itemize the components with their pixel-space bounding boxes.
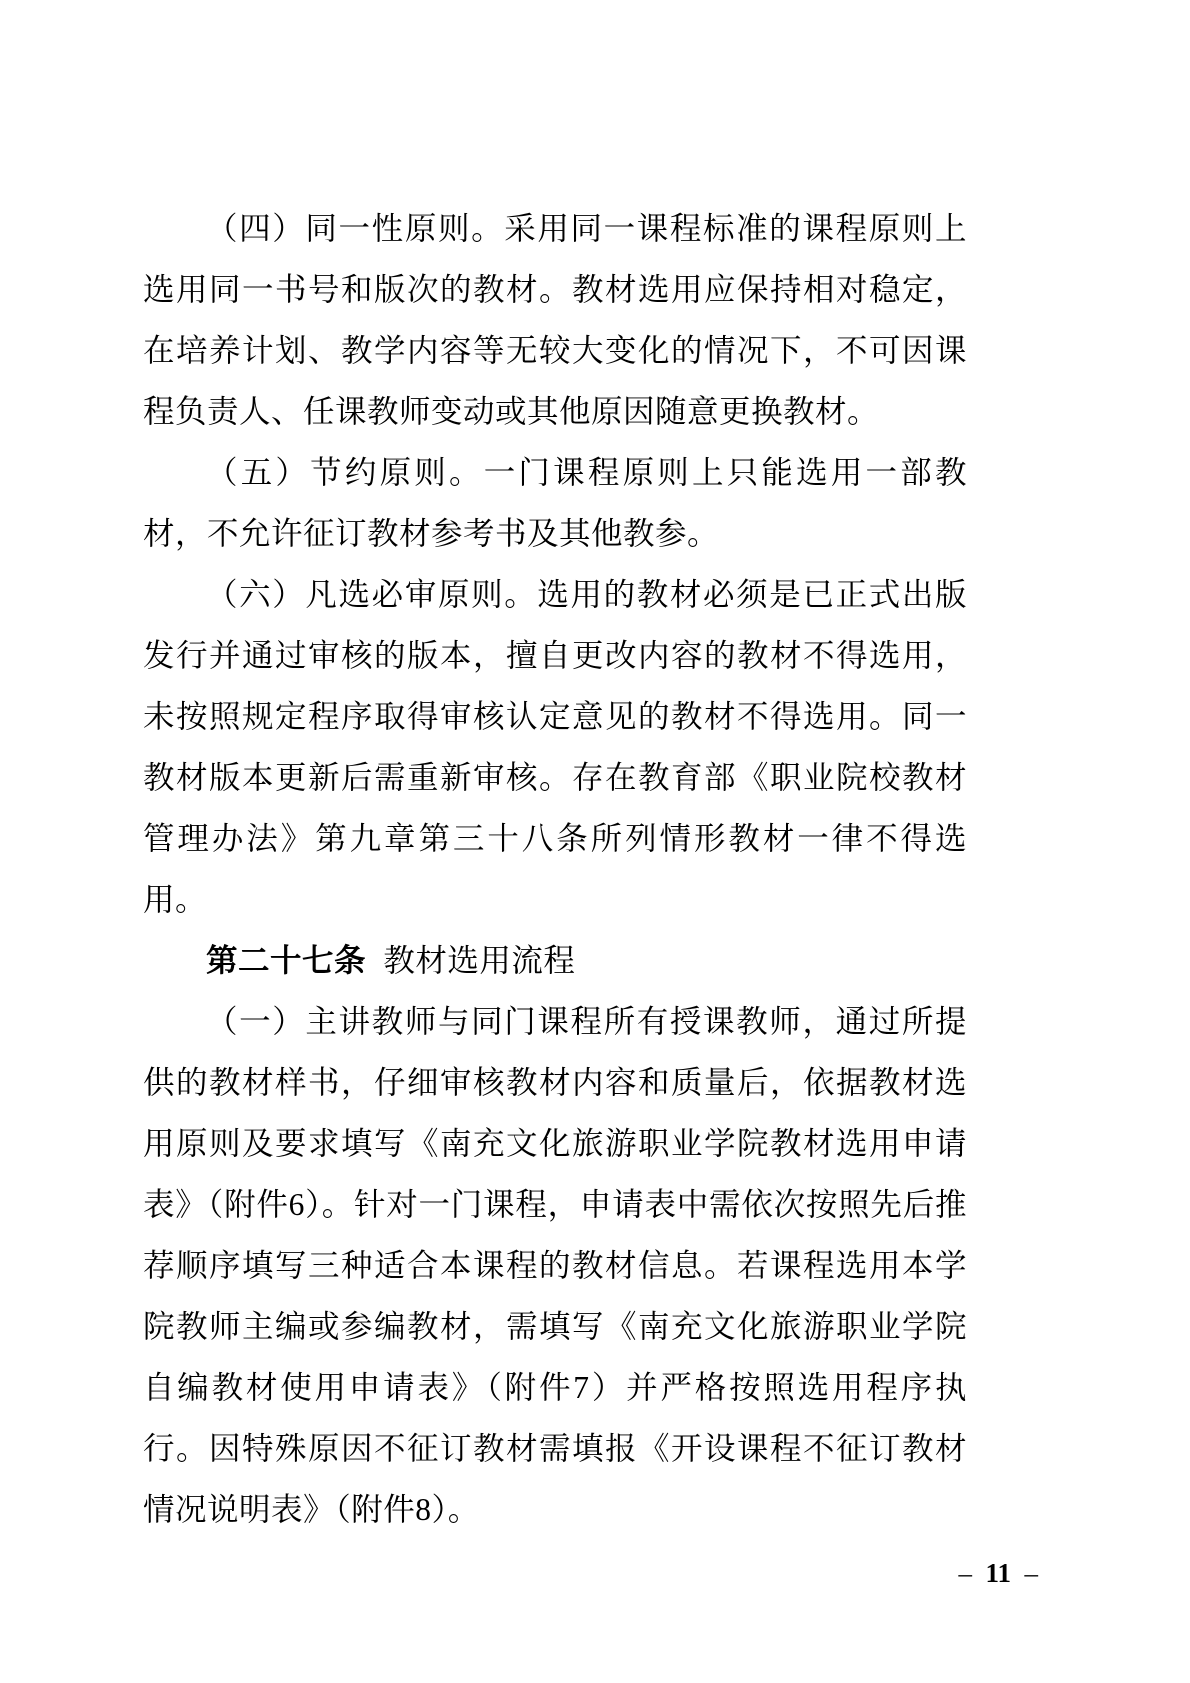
document-page: （四）同一性原则。采用同一课程标准的课程原则上选用同一书号和版次的教材。教材选用…	[0, 0, 1190, 1683]
article-title-text: 教材选用流程	[383, 943, 575, 978]
article-number-label: 第二十七条	[206, 942, 366, 978]
article-27-heading: 第二十七条教材选用流程	[143, 930, 967, 991]
document-body: （四）同一性原则。采用同一课程标准的课程原则上选用同一书号和版次的教材。教材选用…	[143, 198, 967, 1540]
paragraph-selection-procedure-step-1: （一）主讲教师与同门课程所有授课教师，通过所提供的教材样书，仔细审核教材内容和质…	[143, 991, 967, 1540]
page-number: –11–	[958, 1556, 1038, 1590]
paragraph-principle-economy: （五）节约原则。一门课程原则上只能选用一部教材，不允许征订教材参考书及其他教参。	[143, 442, 967, 564]
paragraph-principle-uniformity: （四）同一性原则。采用同一课程标准的课程原则上选用同一书号和版次的教材。教材选用…	[143, 198, 967, 442]
page-number-right-dash: –	[1025, 1558, 1039, 1588]
page-number-value: 11	[985, 1558, 1011, 1588]
page-number-left-dash: –	[958, 1558, 972, 1588]
paragraph-principle-review: （六）凡选必审原则。选用的教材必须是已正式出版发行并通过审核的版本，擅自更改内容…	[143, 564, 967, 930]
